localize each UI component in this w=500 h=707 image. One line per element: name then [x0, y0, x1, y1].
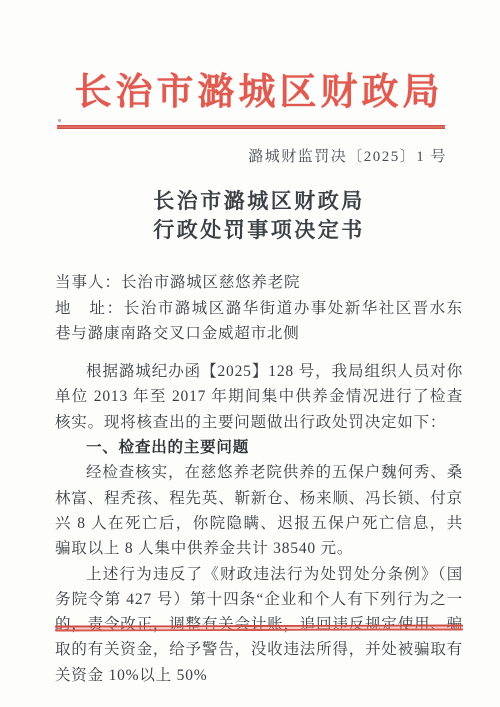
document-title-line1: 长治市潞城区财政局: [55, 187, 463, 216]
party-info-block: 当事人：长治市潞城区慈悠养老院 地 址：长治市潞城区潞华街道办事处新华社区晋水东…: [55, 270, 463, 346]
paragraph-findings: 经检查核实，在慈悠养老院供养的五保户魏何秀、桑林富、程秃孩、程先英、靳新仓、杨来…: [55, 460, 463, 561]
party-line: 当事人：长治市潞城区慈悠养老院: [55, 270, 463, 295]
scanned-document-page: 长治市潞城区财政局 潞城财监罚决〔2025〕1 号 长治市潞城区财政局 行政处罚…: [0, 0, 500, 707]
document-title-line2: 行政处罚事项决定书: [55, 216, 463, 245]
letterhead-red-rule: [57, 125, 445, 129]
document-reference-number: 潞城财监罚决〔2025〕1 号: [55, 145, 447, 166]
section-heading-main-problems: 一、检查出的主要问题: [55, 435, 463, 460]
agency-letterhead-title: 长治市潞城区财政局: [55, 70, 463, 116]
document-title: 长治市潞城区财政局 行政处罚事项决定书: [55, 187, 463, 245]
document-content: 长治市潞城区财政局 潞城财监罚决〔2025〕1 号 长治市潞城区财政局 行政处罚…: [0, 0, 500, 688]
red-marker-underline: [55, 624, 463, 631]
party-label: 当事人：: [55, 274, 121, 291]
address-label: 地 址：: [55, 300, 124, 317]
party-name: 长治市潞城区慈悠养老院: [121, 274, 300, 291]
address-line: 地 址：长治市潞城区潞华街道办事处新华社区晋水东巷与潞康南路交叉口金威超市北侧: [55, 296, 463, 347]
scan-artifact-dot: [58, 119, 61, 122]
paragraph-basis: 根据潞城纪办函【2025】128 号，我局组织人员对你单位 2013 年至 20…: [55, 359, 463, 435]
